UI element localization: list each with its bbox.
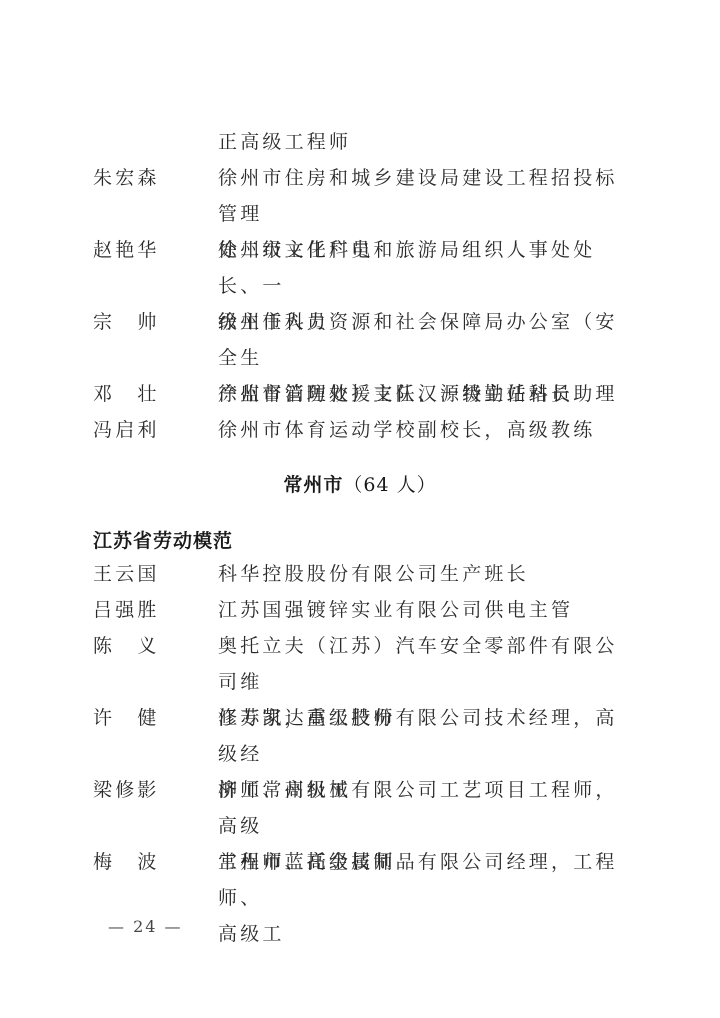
title-line: 柳工常州机械有限公司工艺项目工程师，高级 [218,772,638,844]
title-line: 徐州市消防救援支队汉源特勤站站长助理 [218,376,638,412]
person-title: 科华控股股份有限公司生产班长 [218,556,638,592]
person-name: 陈 义 [93,628,203,664]
continuation-line: 正高级工程师 [218,124,351,160]
person-name: 冯启利 [93,412,203,448]
person-title: 徐州市体育运动学校副校长，高级教练 [218,412,638,448]
person-name: 宗 帅 [93,304,203,340]
person-name: 赵艳华 [93,232,203,268]
title-line: 徐州市体育运动学校副校长，高级教练 [218,412,638,448]
people-count: （64 人） [343,474,436,496]
person-name: 梅 波 [93,844,203,880]
person-title: 徐州市消防救援支队汉源特勤站站长助理 [218,376,638,412]
title-line: 高级工 [218,916,638,952]
person-title: 常州市蓝托金属制品有限公司经理，工程师、 高级工 [218,844,638,952]
title-line: 徐州市住房和城乡建设局建设工程招投标管理 [218,160,638,232]
title-line: 科华控股股份有限公司生产班长 [218,556,638,592]
title-line: 常州市蓝托金属制品有限公司经理，工程师、 [218,844,638,916]
section-heading: 常州市（64 人） [0,470,720,497]
category-heading: 江苏省劳动模范 [93,526,233,553]
person-title: 江苏国强镀锌实业有限公司供电主管 [218,592,638,628]
title-line: 江苏凯达重工股份有限公司技术经理，高级经 [218,700,638,772]
title-line: 徐州市人力资源和社会保障局办公室（安全生 [218,304,638,376]
person-name: 邓 壮 [93,376,203,412]
person-name: 朱宏森 [93,160,203,196]
document-page: 正高级工程师 朱宏森 徐州市住房和城乡建设局建设工程招投标管理 处二级主任科员 … [0,0,720,1018]
person-name: 梁修影 [93,772,203,808]
person-name: 王云国 [93,556,203,592]
page-number: — 24 — [108,917,183,936]
title-line: 奥托立夫（江苏）汽车安全零部件有限公司维 [218,628,638,700]
person-name: 吕强胜 [93,592,203,628]
city-name: 常州市 [283,474,343,496]
title-line: 徐州市文化广电和旅游局组织人事处处长、一 [218,232,638,304]
title-line: 江苏国强镀锌实业有限公司供电主管 [218,592,638,628]
person-name: 许 健 [93,700,203,736]
